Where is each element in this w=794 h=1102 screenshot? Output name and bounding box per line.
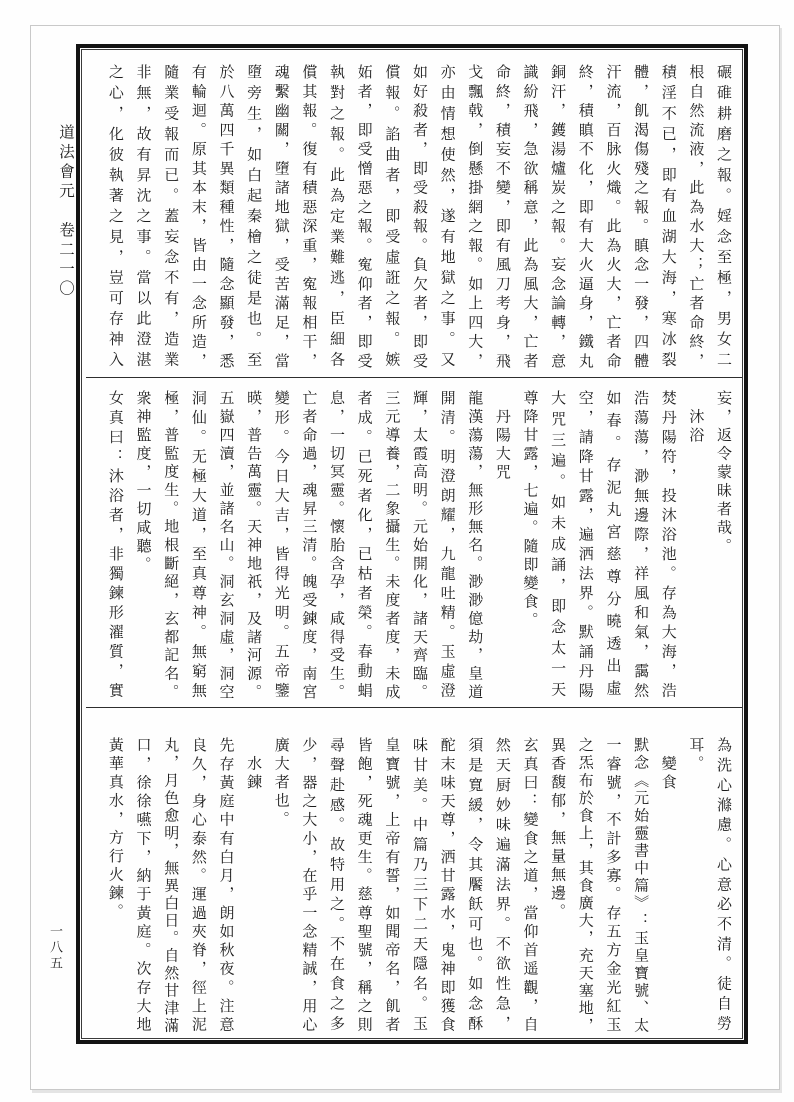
text-column: 積淫不已，即有血湖大海，寒冰裂 bbox=[653, 64, 681, 372]
text-column: 有輪迴。原其本末，皆由一念所造， bbox=[183, 64, 211, 372]
text-column: 暎，普告萬靈。天神地祇，及諸河源。 bbox=[238, 390, 266, 702]
text-column: 口，徐徐嚥下，納于黃庭。次存大地 bbox=[128, 737, 156, 1035]
text-column: 廣大者也。 bbox=[266, 737, 294, 1035]
text-column: 空，請降甘露，遍洒法界。默誦丹陽 bbox=[570, 390, 598, 702]
folio-page-number: 一八五 bbox=[46, 924, 65, 994]
register-top: 碾碓耕磨之報。婬念至極，男女二根自然流液，此為水大；亡者命終，積淫不已，即有血湖… bbox=[100, 64, 736, 372]
text-column: 之炁布於食上，其食廣大，充天塞地， bbox=[570, 737, 598, 1035]
text-column: 黃華真水，方行火鍊。 bbox=[100, 737, 128, 1035]
text-column: 水鍊 bbox=[238, 737, 266, 1035]
text-column: 非無，故有昇沈之事。當以此澄湛 bbox=[128, 64, 156, 372]
register-middle: 妄，返令蒙昧者哉。 沐浴焚丹陽符，投沐浴池。存為大海，浩浩蕩蕩，渺無邊際，祥風和… bbox=[100, 390, 736, 702]
text-column: 如春。存泥丸宮慈尊分曉透出虛 bbox=[598, 390, 626, 702]
text-column: 皆飽，死魂更生。慈尊聖號，稱之則 bbox=[349, 737, 377, 1035]
text-column: 五嶽四瀆，並諸名山。洞玄洞虛，洞空 bbox=[211, 390, 239, 702]
text-column: 龍漢蕩蕩，無形無名。渺渺億劫，皇道 bbox=[460, 390, 488, 702]
text-column: 根自然流液，此為水大；亡者命終， bbox=[681, 64, 709, 372]
text-column: 女真曰：沐浴者，非獨鍊形濯質，實 bbox=[100, 390, 128, 702]
text-column: 尋聲赴感。故特用之。不在食之多 bbox=[321, 737, 349, 1035]
text-column: 大咒三遍。如未成誦，即念太一天 bbox=[543, 390, 571, 702]
text-column: 耳。 bbox=[681, 737, 709, 1035]
text-column: 如好殺者，即受殺報。負欠者，即受 bbox=[404, 64, 432, 372]
text-column: 少，器之大小，在乎一念精誠，用心 bbox=[294, 737, 322, 1035]
register-bottom: 為洗心滌慮。心意必不清。徒自勞耳。 變食默念《元始靈書中篇》：玉皇寶號、太一睿號… bbox=[100, 737, 736, 1035]
text-column: 尊降甘露，七遍。隨即變食。 bbox=[515, 390, 543, 702]
text-column: 默念《元始靈書中篇》：玉皇寶號、太 bbox=[625, 737, 653, 1035]
text-column: 三元導養，二象攝生。未度者度，未成 bbox=[377, 390, 405, 702]
text-column: 先存黃庭中有白月，朗如秋夜。注意 bbox=[211, 737, 239, 1035]
text-column: 妬者，即受憎惡之報。寃仰者，即受 bbox=[349, 64, 377, 372]
text-column: 一睿號，不計多寡。存五方金光紅玉 bbox=[598, 737, 626, 1035]
text-column: 銅汗，鑊湯爐炭之報。妄念論轉，意 bbox=[543, 64, 571, 372]
text-column: 焚丹陽符，投沐浴池。存為大海，浩 bbox=[653, 390, 681, 702]
text-column: 體，飢渴傷殘之報。瞋念一發，四體 bbox=[625, 64, 653, 372]
text-column: 妄，返令蒙昧者哉。 bbox=[708, 390, 736, 702]
text-column: 味甘美。中篇乃三下二天隱名。玉 bbox=[404, 737, 432, 1035]
text-column: 識紛飛，急欲稱意，此為風大，亡者 bbox=[515, 64, 543, 372]
text-column: 戈飄戟，倒懸掛網之報。如上四大， bbox=[460, 64, 488, 372]
text-column: 輝，太霞高明。元始開化，諸天齊臨。 bbox=[404, 390, 432, 702]
text-column: 衆神監度，一切咸聽。 bbox=[128, 390, 156, 702]
text-column: 丹陽大咒 bbox=[487, 390, 515, 702]
text-column: 浩蕩蕩，渺無邊際，祥風和氣，靄然 bbox=[625, 390, 653, 702]
text-column: 墮旁生，如白起秦檜之徒是也。至 bbox=[238, 64, 266, 372]
text-column: 隨業受報而已。蓋妄念不有，造業 bbox=[156, 64, 184, 372]
text-column: 之心，化彼執著之見，豈可存神入 bbox=[100, 64, 128, 372]
margin-book-title: 道法會元 卷二一〇 bbox=[54, 124, 76, 314]
text-column: 變形。今日大吉，皆得光明。五帝鑒 bbox=[266, 390, 294, 702]
text-column: 異香馥郁，無量無邊。 bbox=[543, 737, 571, 1035]
text-column: 息，一切冥靈。懷胎含孕，咸得受生。 bbox=[321, 390, 349, 702]
text-column: 為洗心滌慮。心意必不清。徒自勞 bbox=[708, 737, 736, 1035]
text-column: 丸，月色愈明，無異白日。自然甘津滿 bbox=[156, 737, 184, 1035]
text-column: 償其報。復有積惡深重，寃報相干， bbox=[294, 64, 322, 372]
text-column: 良久，身心泰然。運過夾脊，徑上泥 bbox=[183, 737, 211, 1035]
text-column: 皇寶號，上帝有誓，如聞帝名，飢者 bbox=[377, 737, 405, 1035]
text-column: 酡末味天尊，洒甘露水，鬼神即獲食 bbox=[432, 737, 460, 1035]
text-column: 汗流，百脉火熾。此為火大，亡者命 bbox=[598, 64, 626, 372]
text-column: 開清。明澄朗耀，九龍吐精。玉虛澄 bbox=[432, 390, 460, 702]
register-separator-2 bbox=[86, 707, 742, 708]
text-column: 者成。已死者化，已枯者榮。春動蜎 bbox=[349, 390, 377, 702]
scanned-page: 道法會元 卷二一〇 一八五 碾碓耕磨之報。婬念至極，男女二根自然流液，此為水大；… bbox=[0, 0, 794, 1102]
register-separator-1 bbox=[86, 377, 742, 378]
text-column: 執對之報。此為定業難逃，臣細各 bbox=[321, 64, 349, 372]
text-column: 變食 bbox=[653, 737, 681, 1035]
text-column: 終，積瞋不化，即有大火逼身，鐵丸 bbox=[570, 64, 598, 372]
text-column: 極，普監度生。地根斷絕，玄都記名。 bbox=[156, 390, 184, 702]
text-column: 然天厨妙味遍滿法界。不欲性急， bbox=[487, 737, 515, 1035]
text-column: 玄真曰：變食之道，當仰首遥觀，自 bbox=[515, 737, 543, 1035]
text-column: 亦由情想使然，遂有地獄之事。又 bbox=[432, 64, 460, 372]
text-column: 亡者命過，魂昇三清。魄受鍊度，南宮 bbox=[294, 390, 322, 702]
text-column: 碾碓耕磨之報。婬念至極，男女二 bbox=[708, 64, 736, 372]
text-column: 須是寬緩，令其饜飫可也。如念酥 bbox=[460, 737, 488, 1035]
text-column: 魂繫幽關，墮諸地獄，受苦滿足，當 bbox=[266, 64, 294, 372]
text-column: 償報。諂曲者，即受虛誑之報。嫉 bbox=[377, 64, 405, 372]
text-column: 於八萬四千異類種性，隨念顯發，悉 bbox=[211, 64, 239, 372]
text-column: 洞仙。无極大道，至真尊神。無窮無 bbox=[183, 390, 211, 702]
text-column: 命終，積妄不變，即有風刀考身，飛 bbox=[487, 64, 515, 372]
text-column: 沐浴 bbox=[681, 390, 709, 702]
